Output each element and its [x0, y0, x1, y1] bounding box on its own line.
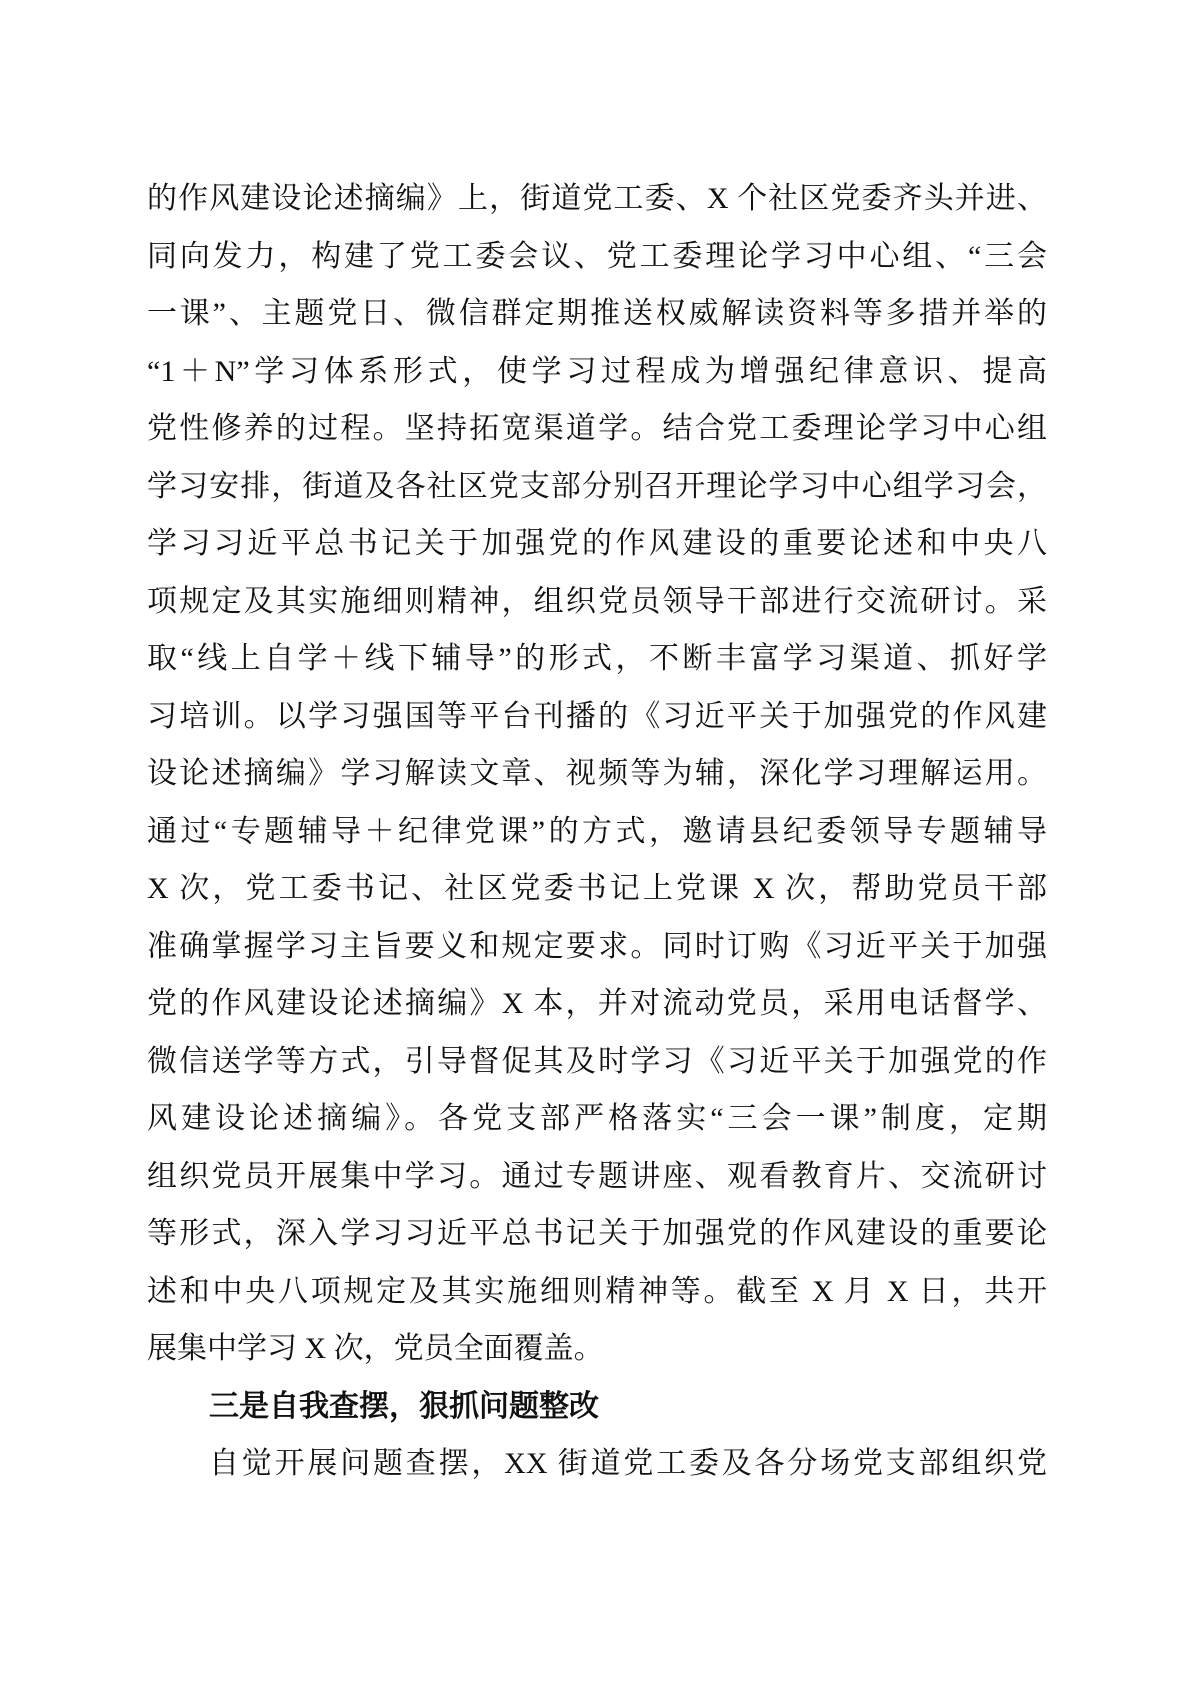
text-line: 自觉开展问题查摆，XX 街道党工委及各分场党支部组织党 — [147, 1435, 1047, 1493]
text-line: 风建设论述摘编》。各党支部严格落实“三会一课”制度，定期 — [147, 1090, 1047, 1148]
document-body: 的作风建设论述摘编》上，街道党工委、X 个社区党委齐头并进、同向发力，构建了党工… — [147, 170, 1047, 1493]
text-line: 设论述摘编》学习解读文章、视频等为辅，深化学习理解运用。 — [147, 745, 1047, 803]
text-line: 项规定及其实施细则精神，组织党员领导干部进行交流研讨。采 — [147, 573, 1047, 631]
text-line: 的作风建设论述摘编》上，街道党工委、X 个社区党委齐头并进、 — [147, 170, 1047, 228]
text-line: 微信送学等方式，引导督促其及时学习《习近平关于加强党的作 — [147, 1033, 1047, 1091]
text-line: 准确掌握学习主旨要义和规定要求。同时订购《习近平关于加强 — [147, 918, 1047, 976]
text-line: 取“线上自学＋线下辅导”的形式，不断丰富学习渠道、抓好学 — [147, 630, 1047, 688]
text-line: 学习习近平总书记关于加强党的作风建设的重要论述和中央八 — [147, 515, 1047, 573]
document-page: 的作风建设论述摘编》上，街道党工委、X 个社区党委齐头并进、同向发力，构建了党工… — [0, 0, 1190, 1683]
section-heading: 三是自我查摆，狠抓问题整改 — [147, 1378, 1047, 1436]
text-line: X 次，党工委书记、社区党委书记上党课 X 次，帮助党员干部 — [147, 860, 1047, 918]
text-line: 习培训。以学习强国等平台刊播的《习近平关于加强党的作风建 — [147, 688, 1047, 746]
text-line: 通过“专题辅导＋纪律党课”的方式，邀请县纪委领导专题辅导 — [147, 803, 1047, 861]
text-line: 等形式，深入学习习近平总书记关于加强党的作风建设的重要论 — [147, 1205, 1047, 1263]
text-line: 一课”、主题党日、微信群定期推送权威解读资料等多措并举的 — [147, 285, 1047, 343]
text-line: 同向发力，构建了党工委会议、党工委理论学习中心组、“三会 — [147, 228, 1047, 286]
text-line: 组织党员开展集中学习。通过专题讲座、观看教育片、交流研讨 — [147, 1148, 1047, 1206]
text-line: 党的作风建设论述摘编》X 本，并对流动党员，采用电话督学、 — [147, 975, 1047, 1033]
text-line: 展集中学习 X 次，党员全面覆盖。 — [147, 1320, 1047, 1378]
text-line: 学习安排，街道及各社区党支部分别召开理论学习中心组学习会， — [147, 458, 1047, 516]
text-line: 述和中央八项规定及其实施细则精神等。截至 X 月 X 日，共开 — [147, 1263, 1047, 1321]
text-line: “1＋N”学习体系形式，使学习过程成为增强纪律意识、提高 — [147, 343, 1047, 401]
text-line: 党性修养的过程。坚持拓宽渠道学。结合党工委理论学习中心组 — [147, 400, 1047, 458]
